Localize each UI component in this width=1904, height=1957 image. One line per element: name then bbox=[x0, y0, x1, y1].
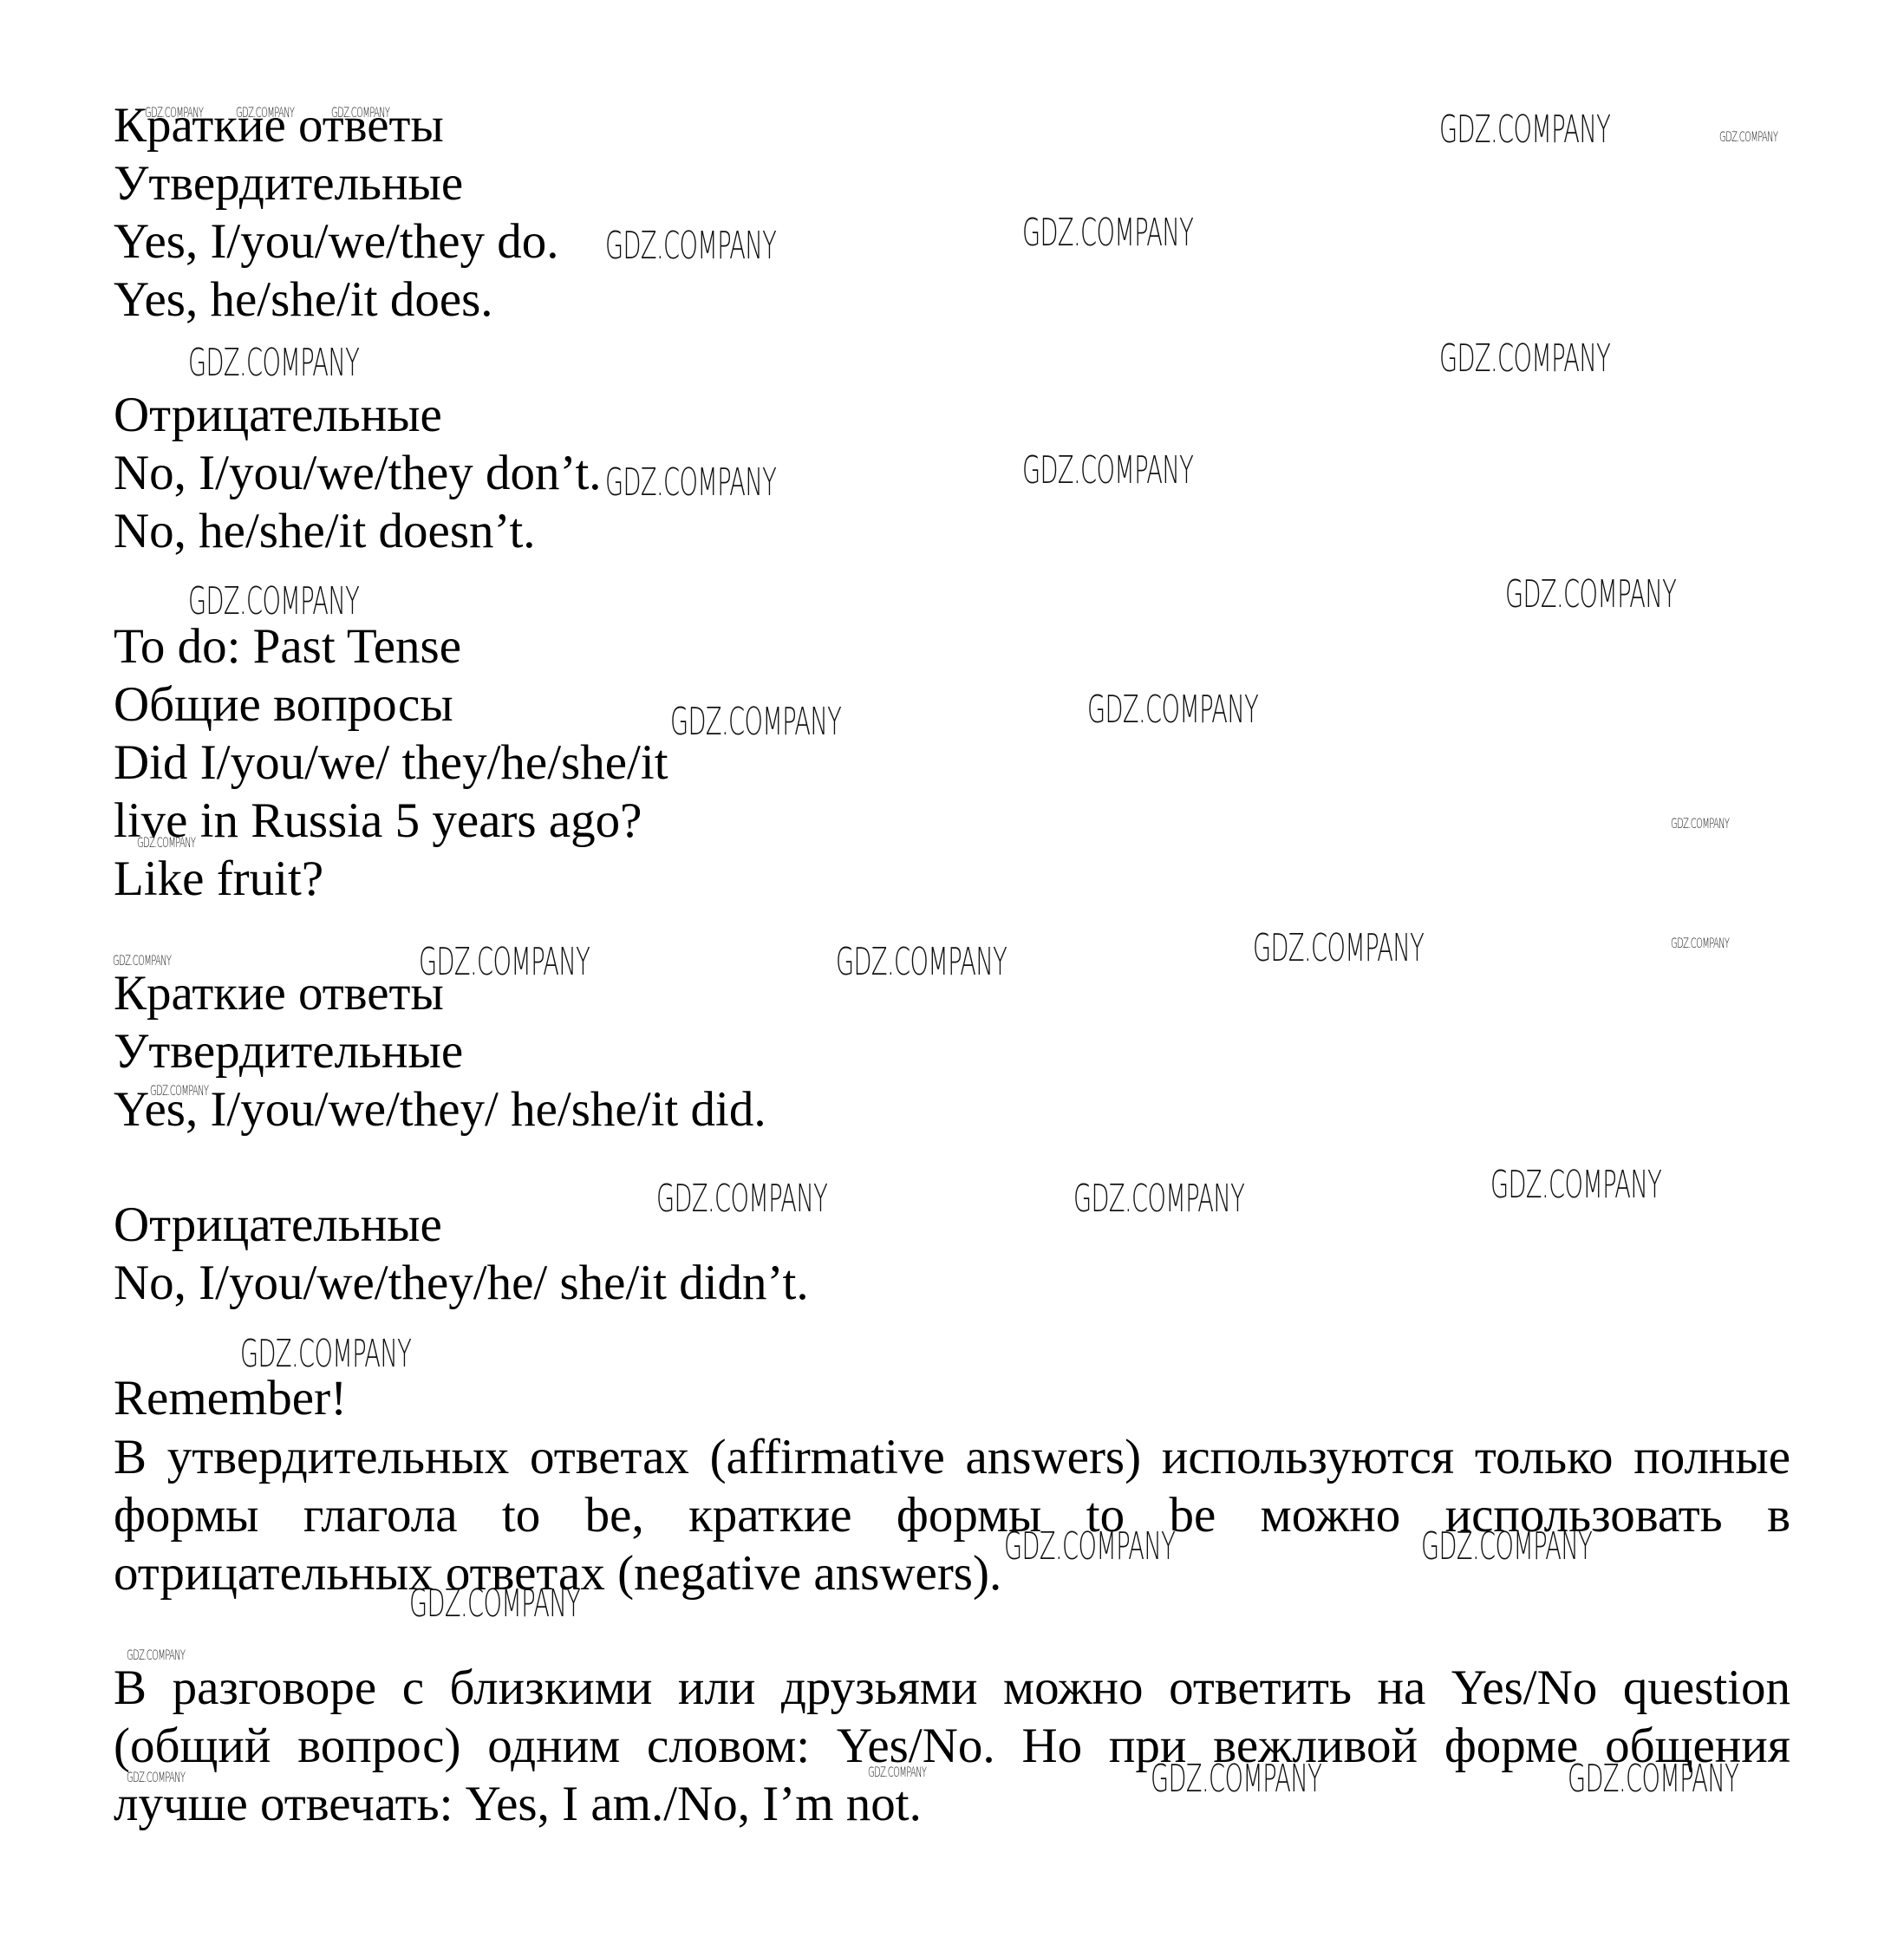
section3-negative-line-1: No, I/you/we/they/he/ she/it didn’t. bbox=[114, 1255, 809, 1312]
watermark: GDZ.COMPANY bbox=[1568, 1757, 1738, 1801]
watermark: GDZ.COMPANY bbox=[150, 1082, 208, 1099]
watermark: GDZ.COMPANY bbox=[1151, 1757, 1321, 1801]
watermark: GDZ.COMPANY bbox=[656, 1177, 827, 1221]
watermark: GDZ.COMPANY bbox=[1022, 211, 1193, 255]
watermark: GDZ.COMPANY bbox=[1719, 128, 1777, 145]
watermark: GDZ.COMPANY bbox=[1004, 1524, 1175, 1569]
watermark: GDZ.COMPANY bbox=[1439, 108, 1610, 152]
section3-heading: Краткие ответы bbox=[114, 965, 444, 1022]
section1-negative-line-1: No, I/you/we/they don’t. bbox=[114, 445, 602, 502]
remember-title: Remember! bbox=[114, 1370, 347, 1427]
watermark: GDZ.COMPANY bbox=[331, 104, 389, 121]
watermark: GDZ.COMPANY bbox=[127, 1647, 185, 1663]
watermark: GDZ.COMPANY bbox=[188, 579, 359, 623]
section3-affirmative-label: Утвердительные bbox=[114, 1023, 463, 1080]
watermark: GDZ.COMPANY bbox=[1421, 1524, 1592, 1569]
watermark: GDZ.COMPANY bbox=[605, 224, 776, 268]
watermark: GDZ.COMPANY bbox=[137, 834, 195, 851]
watermark: GDZ.COMPANY bbox=[240, 1332, 411, 1376]
watermark: GDZ.COMPANY bbox=[409, 1582, 580, 1626]
watermark: GDZ.COMPANY bbox=[1505, 572, 1676, 616]
watermark: GDZ.COMPANY bbox=[1087, 688, 1258, 732]
section1-affirmative-label: Утвердительные bbox=[114, 155, 463, 212]
watermark: GDZ.COMPANY bbox=[1073, 1177, 1244, 1221]
watermark: GDZ.COMPANY bbox=[236, 104, 294, 121]
watermark: GDZ.COMPANY bbox=[836, 940, 1007, 984]
section1-affirmative-line-1: Yes, I/you/we/they do. bbox=[114, 213, 559, 271]
section2-question-line-1: Did I/you/we/ they/he/she/it bbox=[114, 734, 668, 792]
watermark: GDZ.COMPANY bbox=[1490, 1163, 1661, 1207]
watermark: GDZ.COMPANY bbox=[670, 700, 841, 744]
section1-affirmative-line-2: Yes, he/she/it does. bbox=[114, 271, 493, 329]
watermark: GDZ.COMPANY bbox=[113, 952, 171, 969]
watermark: GDZ.COMPANY bbox=[868, 1764, 926, 1780]
watermark: GDZ.COMPANY bbox=[145, 104, 203, 121]
watermark: GDZ.COMPANY bbox=[419, 940, 590, 984]
section2-title: To do: Past Tense bbox=[114, 618, 461, 675]
watermark: GDZ.COMPANY bbox=[1671, 815, 1729, 832]
watermark: GDZ.COMPANY bbox=[127, 1769, 185, 1785]
section3-affirmative-line-1: Yes, I/you/we/they/ he/she/it did. bbox=[114, 1081, 766, 1138]
watermark: GDZ.COMPANY bbox=[605, 460, 776, 505]
section2-question-line-3: Like fruit? bbox=[114, 851, 323, 908]
remember-paragraph-1: В утвердительных ответах (affirmative an… bbox=[114, 1428, 1790, 1602]
section2-questions-label: Общие вопросы bbox=[114, 676, 453, 734]
remember-paragraph-2: В разговоре с близкими или друзьями можн… bbox=[114, 1659, 1790, 1833]
section3-negative-label: Отрицательные bbox=[114, 1197, 442, 1254]
document-page: Краткие ответы Утвердительные Yes, I/you… bbox=[0, 0, 1904, 1957]
section1-negative-line-2: No, he/she/it doesn’t. bbox=[114, 503, 536, 560]
watermark: GDZ.COMPANY bbox=[188, 341, 359, 385]
watermark: GDZ.COMPANY bbox=[1439, 336, 1610, 381]
watermark: GDZ.COMPANY bbox=[1253, 926, 1424, 970]
section1-negative-label: Отрицательные bbox=[114, 387, 442, 444]
watermark: GDZ.COMPANY bbox=[1671, 935, 1729, 951]
watermark: GDZ.COMPANY bbox=[1022, 448, 1193, 493]
